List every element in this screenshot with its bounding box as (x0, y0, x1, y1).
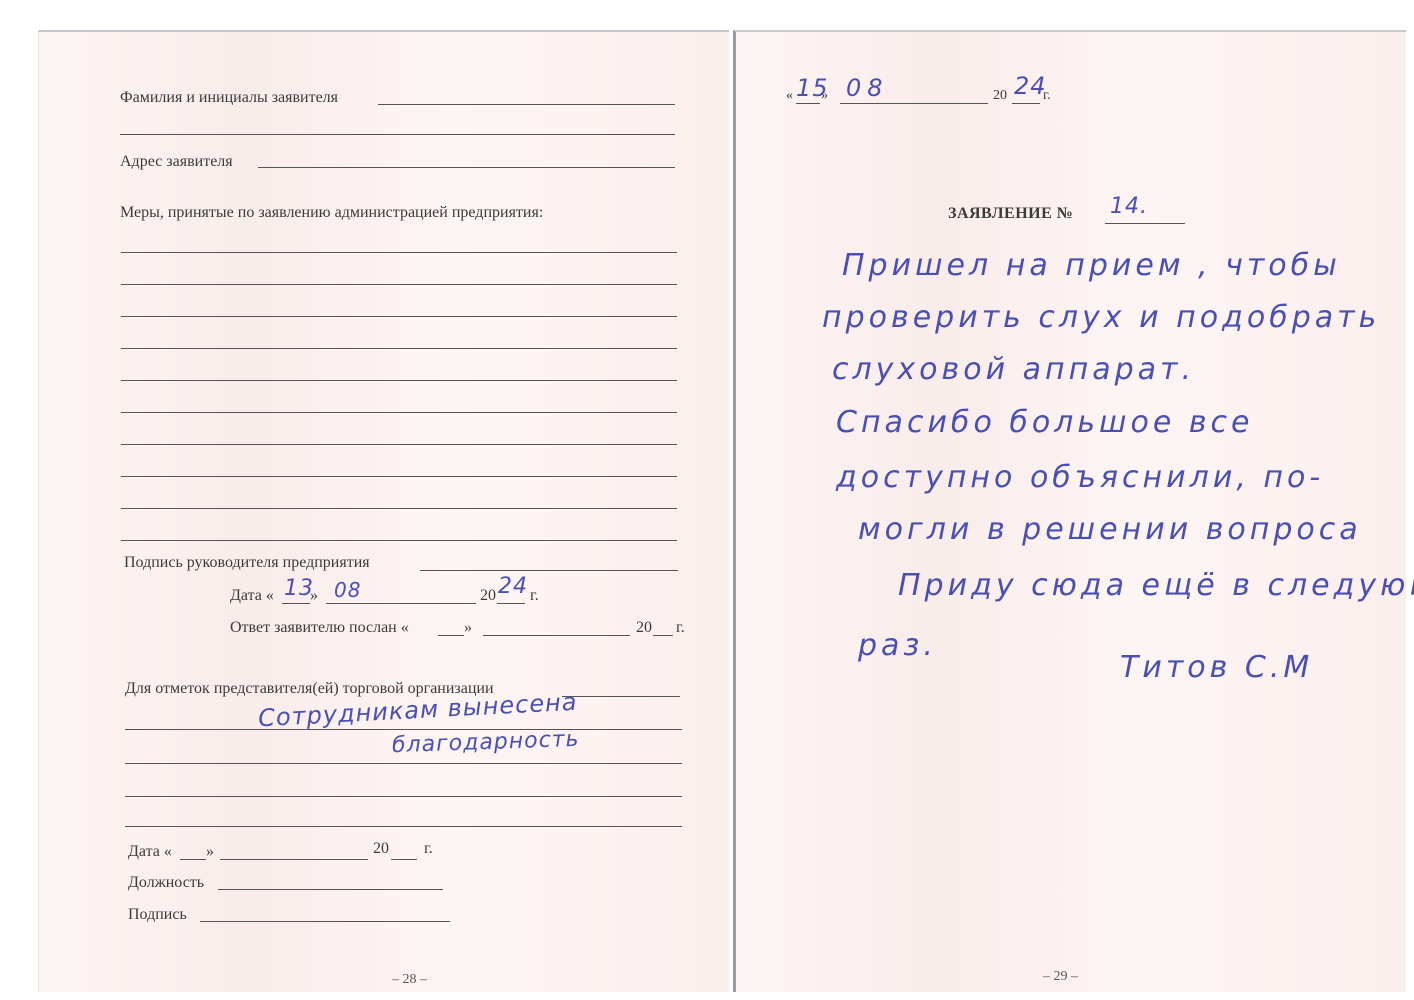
reply-quote-close: » (464, 619, 472, 637)
org-notes-line-2[interactable] (125, 763, 682, 764)
right-date-month-value: 08 (846, 74, 889, 102)
right-date-quote-close: » (821, 88, 828, 104)
measures-line[interactable] (121, 316, 677, 317)
bottom-year-suffix: г. (424, 840, 433, 858)
measures-line[interactable] (121, 412, 677, 413)
measures-label: Меры, принятые по заявлению администраци… (120, 204, 543, 222)
right-date-month-field[interactable] (840, 103, 988, 104)
handwritten-line: Приду сюда ещё в следующий (898, 568, 1414, 603)
bottom-year-prefix: 20 (373, 840, 389, 858)
org-notes-line-3[interactable] (125, 796, 682, 797)
measures-line[interactable] (121, 508, 677, 509)
right-date-year-suffix: г. (1043, 88, 1051, 104)
date-day-field[interactable] (282, 603, 310, 604)
measures-line[interactable] (121, 380, 677, 381)
measures-line[interactable] (121, 540, 677, 541)
handwritten-line: доступно объяснили, по- (836, 460, 1324, 495)
signature-field[interactable] (200, 921, 450, 922)
right-date-year-value: 24 (1014, 72, 1047, 100)
reply-month-field[interactable] (483, 635, 630, 636)
measures-line[interactable] (121, 284, 677, 285)
handwritten-line: Пришел на прием , чтобы (842, 248, 1341, 283)
right-date-year-prefix: 20 (993, 88, 1007, 104)
reply-year-field[interactable] (653, 635, 673, 636)
bottom-date-month-field[interactable] (220, 859, 368, 860)
date-month-field[interactable] (326, 603, 476, 604)
signature-label: Подпись (128, 906, 187, 924)
handwritten-line: могли в решении вопроса (858, 512, 1362, 547)
date-year-suffix: г. (530, 587, 539, 605)
date-year-field[interactable] (497, 603, 525, 604)
reply-day-field[interactable] (438, 635, 464, 636)
statement-number-value: 14. (1110, 194, 1148, 219)
position-label: Должность (128, 874, 204, 892)
manager-signature-field[interactable] (420, 570, 678, 571)
applicant-address-field[interactable] (258, 167, 675, 168)
reply-year-suffix: г. (676, 619, 685, 637)
applicant-name-field[interactable] (378, 104, 675, 105)
bottom-date-label: Дата « (128, 843, 172, 861)
date-year-value: 24 (498, 574, 528, 599)
position-field[interactable] (218, 889, 443, 890)
manager-signature-label: Подпись руководителя предприятия (124, 554, 370, 572)
date-year-prefix: 20 (480, 587, 496, 605)
handwritten-line: проверить слух и подобрать (822, 300, 1380, 335)
org-notes-field[interactable] (562, 696, 680, 697)
right-page (733, 30, 1406, 992)
page-number-right: – 29 – (1043, 969, 1078, 985)
statement-title: ЗАЯВЛЕНИЕ № (948, 205, 1073, 223)
handwritten-line: раз. (858, 628, 937, 663)
date-quote-close: » (310, 587, 318, 605)
reply-sent-label: Ответ заявителю послан « (230, 619, 409, 637)
right-date-day-field[interactable] (796, 103, 820, 104)
date-label: Дата « (230, 587, 274, 605)
measures-line[interactable] (121, 476, 677, 477)
handwritten-line: слуховой аппарат. (832, 352, 1195, 387)
applicant-address-label: Адрес заявителя (120, 153, 233, 171)
handwritten-signature: Титов С.М (1120, 650, 1313, 685)
date-month-value: 08 (334, 578, 361, 602)
bottom-date-day-field[interactable] (180, 859, 206, 860)
reply-year-prefix: 20 (636, 619, 652, 637)
measures-line[interactable] (121, 348, 677, 349)
measures-line[interactable] (121, 444, 677, 445)
measures-line[interactable] (121, 252, 677, 253)
statement-number-field[interactable] (1105, 223, 1185, 224)
bottom-date-quote-close: » (206, 843, 214, 861)
bottom-year-field[interactable] (391, 859, 417, 860)
org-notes-line-4[interactable] (125, 826, 682, 827)
right-date-year-field[interactable] (1012, 103, 1040, 104)
handwritten-line: Спасибо большое все (836, 405, 1253, 440)
right-date-quote-open: « (786, 88, 793, 104)
page-number-left: – 28 – (392, 972, 427, 988)
applicant-name-field-line-2[interactable] (120, 134, 675, 135)
org-notes-line-1[interactable] (125, 729, 682, 730)
applicant-name-label: Фамилия и инициалы заявителя (120, 89, 338, 107)
